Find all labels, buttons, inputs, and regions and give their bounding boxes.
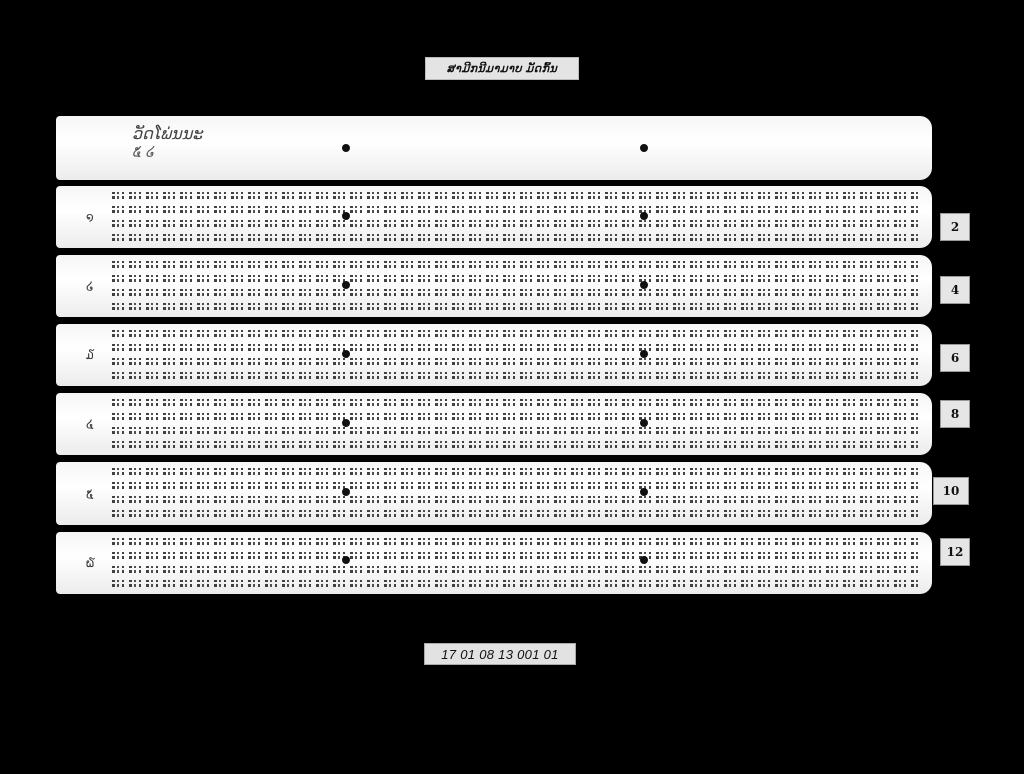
binding-hole	[342, 419, 350, 427]
binding-hole	[640, 350, 648, 358]
page-number-label: 10	[933, 477, 969, 505]
binding-hole	[342, 144, 350, 152]
page-number-label: 2	[940, 213, 970, 241]
binding-hole	[640, 556, 648, 564]
manuscript-leaf: ໕	[56, 462, 932, 525]
leaf-number-mark: ໔	[86, 417, 94, 431]
cover-title-script: ວັດໂພ່ນນະ	[132, 124, 202, 143]
page-number-label: 8	[940, 400, 970, 428]
leaf-number-mark: ໕	[86, 487, 94, 501]
binding-hole	[342, 350, 350, 358]
leaf-number-mark: ໖	[86, 556, 94, 570]
cover-number-script: ໕ ໒	[132, 144, 154, 160]
manuscript-title-label: ສາມີກນີມາມາບ ມັດກົ້ນ	[425, 57, 579, 80]
leaf-text	[112, 192, 918, 244]
leaf-text	[112, 399, 918, 451]
manuscript-leaf: ໓	[56, 324, 932, 386]
leaf-text	[112, 538, 918, 590]
binding-hole	[640, 281, 648, 289]
leaf-text	[112, 468, 918, 521]
page-number-label: 12	[940, 538, 970, 566]
leaf-text	[112, 261, 918, 313]
manuscript-leaf: ໖	[56, 532, 932, 594]
microfilm-id-label: 17 01 08 13 001 01	[424, 643, 576, 665]
binding-hole	[342, 488, 350, 496]
leaf-number-mark: ໑	[86, 210, 94, 224]
binding-hole	[640, 212, 648, 220]
binding-hole	[342, 556, 350, 564]
binding-hole	[640, 144, 648, 152]
binding-hole	[640, 488, 648, 496]
leaf-number-mark: ໒	[86, 279, 94, 293]
cover-leaf: ວັດໂພ່ນນະ ໕ ໒	[56, 116, 932, 180]
manuscript-leaf: ໑	[56, 186, 932, 248]
leaf-number-mark: ໓	[86, 348, 94, 362]
binding-hole	[342, 281, 350, 289]
manuscript-leaf: ໔	[56, 393, 932, 455]
binding-hole	[342, 212, 350, 220]
binding-hole	[640, 419, 648, 427]
page-number-label: 4	[940, 276, 970, 304]
manuscript-leaf: ໒	[56, 255, 932, 317]
leaf-text	[112, 330, 918, 382]
page-number-label: 6	[940, 344, 970, 372]
